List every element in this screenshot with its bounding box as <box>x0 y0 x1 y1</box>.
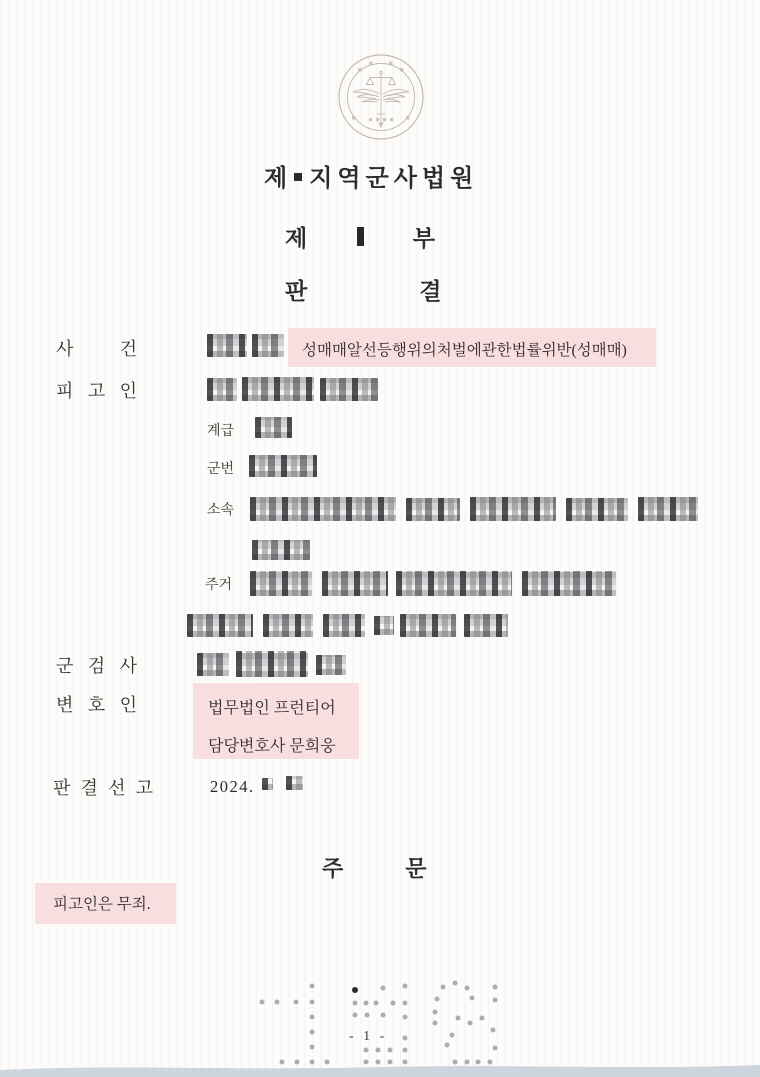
redaction-blur <box>638 497 698 521</box>
watermark-dot <box>353 1001 358 1006</box>
watermark-dot <box>294 1000 299 1005</box>
redaction-blur <box>286 776 303 790</box>
watermark-dot <box>433 1021 438 1026</box>
watermark-dot <box>353 1013 358 1018</box>
case-charge-text: 성매매알선등행위의처벌에관한법률위반(성매매) <box>302 338 627 360</box>
watermark-dot <box>493 1046 498 1051</box>
court-title-prefix: 제 <box>264 158 287 193</box>
verdict-text: 피고인은 무죄. <box>53 892 151 914</box>
counsel-label: 변호인 <box>56 691 137 717</box>
watermark-dot <box>310 1045 315 1050</box>
watermark-dot <box>310 1015 315 1020</box>
redaction-blur <box>252 540 310 560</box>
watermark-dot <box>470 996 475 1001</box>
watermark-dot <box>374 1001 379 1006</box>
sentencing-date-label: 판결선고 <box>53 774 153 800</box>
watermark-dot <box>493 998 498 1003</box>
division-line: 제 부 <box>285 220 435 253</box>
court-title: 제 지역군사법원 <box>264 158 478 193</box>
redaction-blur <box>400 614 456 637</box>
serial-number-label: 군번 <box>207 458 234 478</box>
watermark-dot <box>310 1000 315 1005</box>
watermark-dot <box>465 986 470 991</box>
defendant-label: 피고인 <box>56 377 137 403</box>
redaction-blur <box>262 778 273 790</box>
redaction-blur <box>187 614 253 637</box>
doc-title: 판결 <box>285 273 553 306</box>
redaction-blur <box>263 614 313 637</box>
redaction-blur <box>464 614 508 637</box>
court-title-name: 지역군사법원 <box>309 158 478 193</box>
watermark-dot <box>260 1000 265 1005</box>
redaction-blur <box>320 378 378 401</box>
watermark-dot-filled <box>352 987 358 993</box>
redaction-blur <box>322 571 388 596</box>
scan-edge-band <box>0 1061 760 1077</box>
watermark-dot <box>310 984 315 989</box>
redaction-mark <box>294 173 302 181</box>
redaction-blur <box>316 655 346 675</box>
watermark-dot <box>456 1016 461 1021</box>
watermark-dot <box>403 1001 408 1006</box>
redaction-blur <box>255 417 292 438</box>
redaction-blur <box>197 653 229 676</box>
redaction-blur <box>374 616 394 635</box>
military-court-seal-icon <box>336 52 426 142</box>
watermark-dot <box>445 1043 450 1048</box>
watermark-dot <box>453 981 458 986</box>
watermark-dot <box>275 1000 280 1005</box>
watermark-dot <box>403 984 408 989</box>
redaction-blur <box>207 378 237 401</box>
counsel-firm-text: 법무법인 프런티어 <box>208 695 336 718</box>
scanned-judgment-page: 제 지역군사법원 제 부 판결 사건 피고인 계급 군번 소속 주거 군검사 변… <box>0 0 760 1077</box>
watermark-dot <box>433 1010 438 1015</box>
watermark-dot <box>441 985 446 990</box>
redaction-blur <box>250 571 312 596</box>
redaction-blur <box>207 334 247 357</box>
counsel-attorney-text: 담당변호사 문희웅 <box>208 733 336 756</box>
watermark-dot <box>403 1036 408 1041</box>
watermark-dot <box>376 1048 381 1053</box>
watermark-dot <box>450 1033 455 1038</box>
watermark-dot <box>491 1028 496 1033</box>
page-number: - 1 - <box>349 1029 387 1045</box>
watermark-dot <box>381 986 386 991</box>
redaction-blur <box>236 651 308 677</box>
redaction-blur <box>522 571 616 596</box>
redaction-blur <box>250 497 396 521</box>
redaction-blur <box>470 497 556 521</box>
watermark-dot <box>365 1013 370 1018</box>
prosecutor-label: 군검사 <box>56 652 137 678</box>
redaction-blur <box>323 614 365 637</box>
watermark-dot <box>391 1001 396 1006</box>
division-suffix: 부 <box>413 220 435 253</box>
redaction-blur <box>249 455 317 477</box>
watermark-dot <box>468 1021 473 1026</box>
watermark-dot <box>435 997 440 1002</box>
watermark-dot <box>403 1015 408 1020</box>
watermark-dot <box>403 1048 408 1053</box>
watermark-dot <box>388 1048 393 1053</box>
watermark-dot <box>364 1001 369 1006</box>
redaction-blur <box>566 498 628 521</box>
redaction-blur <box>242 377 314 401</box>
unit-label: 소속 <box>207 499 234 519</box>
order-heading: 주문 <box>322 852 489 883</box>
watermark-dot <box>480 1016 485 1021</box>
case-label: 사건 <box>56 335 137 361</box>
watermark-dot <box>310 1030 315 1035</box>
division-prefix: 제 <box>285 220 307 253</box>
residence-label: 주거 <box>205 574 232 594</box>
watermark-dot <box>381 1013 386 1018</box>
redaction-blur <box>252 334 284 357</box>
sentencing-year-text: 2024. <box>210 777 255 797</box>
watermark-dot <box>364 1048 369 1053</box>
redaction-mark <box>357 227 364 246</box>
watermark-dot <box>493 985 498 990</box>
redaction-blur <box>406 498 460 521</box>
rank-label: 계급 <box>207 420 234 440</box>
redaction-blur <box>396 571 512 596</box>
